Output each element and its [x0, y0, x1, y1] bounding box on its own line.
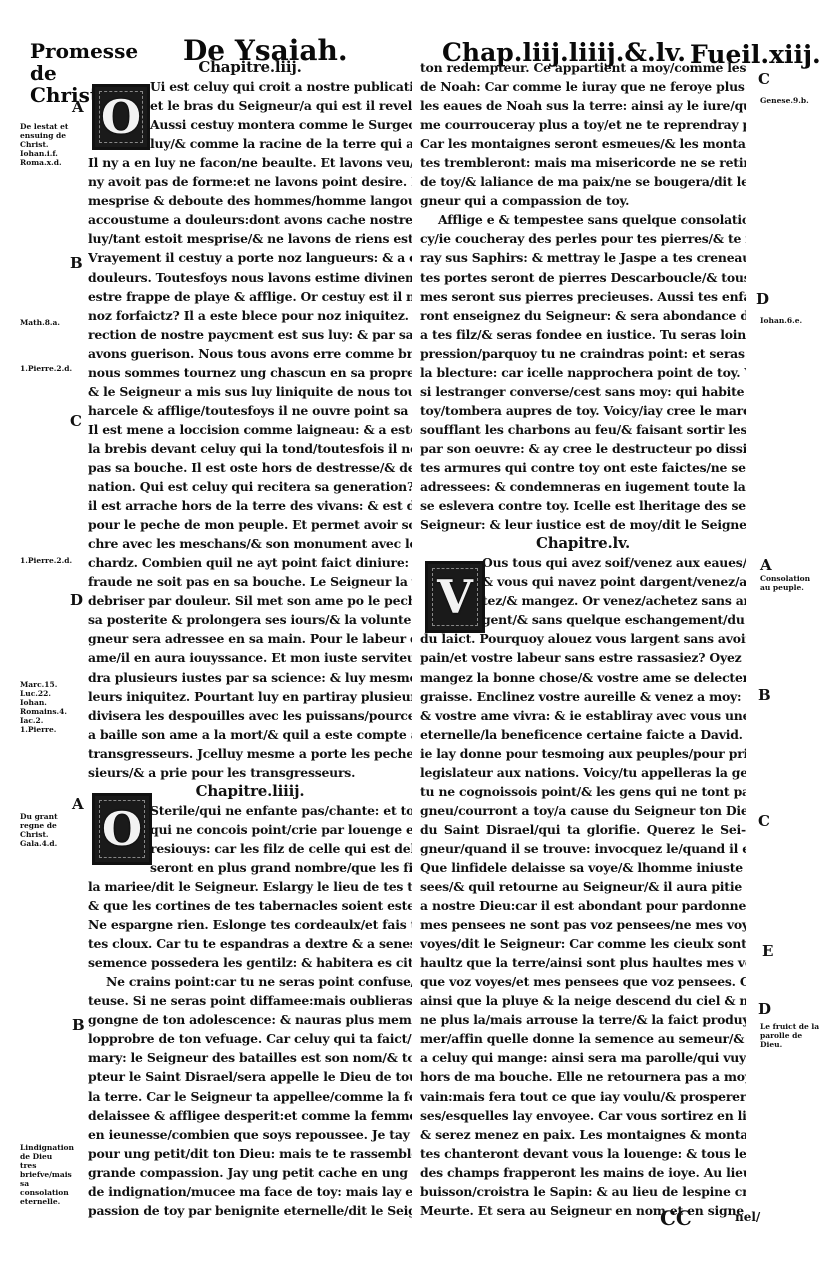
- text-line: Meurte. Et sera au Seigneur en nom et en…: [420, 1201, 746, 1220]
- text-line: la blecture: car icelle napprochera poin…: [420, 363, 746, 382]
- text-line: eternelle/la beneficence certaine faicte…: [420, 725, 746, 744]
- text-line: pteur le Saint Disrael/sera appelle le D…: [88, 1067, 412, 1086]
- margin-reference-note: Iohan.6.e.: [760, 316, 822, 325]
- text-line: ame/il en aura iouyssance. Et mon iuste …: [88, 648, 412, 667]
- text-line: Ne espargne rien. Eslonge tes cordeaulx/…: [88, 915, 412, 934]
- text-line: Vrayement il cestuy a porte noz langueur…: [88, 248, 412, 267]
- section-marker-letter: E: [762, 942, 773, 960]
- text-line: rection de nostre paycment est sus luy: …: [88, 325, 412, 344]
- text-line: noz forfaictz? Il a este blece pour noz …: [88, 306, 412, 325]
- section-marker-letter: C: [758, 812, 770, 830]
- section-marker-letter: B: [70, 254, 83, 272]
- section-marker-letter: B: [758, 686, 771, 704]
- text-line: gneur/quand il se trouve: invocquez le/q…: [420, 839, 746, 858]
- text-line: Ne crains point:car tu ne seras point co…: [88, 972, 412, 991]
- text-line: Aussi cestuy montera comme le Surgeon de…: [88, 115, 412, 134]
- text-line: harcele & afflige/toutesfoys il ne ouvre…: [88, 401, 412, 420]
- text-line: que voz voyes/et mes pensees que voz pen…: [420, 972, 746, 991]
- text-line: fraude ne soit pas en sa bouche. Le Seig…: [88, 572, 412, 591]
- text-line: la mariee/dit le Seigneur. Eslargy le li…: [88, 877, 412, 896]
- section-marker-letter: C: [758, 70, 770, 88]
- text-line: Ui est celuy qui croit a nostre publicat…: [88, 77, 412, 96]
- text-line: mangez la bonne chose/& vostre ame se de…: [420, 668, 746, 687]
- text-line: mer/affin quelle donne la semence au sem…: [420, 1029, 746, 1048]
- text-line: cy/ie coucheray des perles pour tes pier…: [420, 229, 746, 248]
- chapter-heading: Chapitre.liij.: [88, 58, 412, 77]
- text-line: me courrouceray plus a toy/et ne te repr…: [420, 115, 746, 134]
- margin-reference-note: Genese.9.b.: [760, 96, 822, 105]
- text-line: seront en plus grand nombre/que les filz…: [88, 858, 412, 877]
- text-line: des champs frapperont les mains de ioye.…: [420, 1163, 746, 1182]
- text-line: tu ne cognoissois point/& les gens qui n…: [420, 782, 746, 801]
- section-marker-letter: A: [72, 795, 84, 813]
- text-line: graisse. Enclinez vostre aureille & vene…: [420, 687, 746, 706]
- text-line: par son oeuvre: & ay cree le destructeur…: [420, 439, 746, 458]
- text-line: adressees: & condemneras en iugement tou…: [420, 477, 746, 496]
- text-line: nation. Qui est celuy qui recitera sa ge…: [88, 477, 412, 496]
- section-marker-letter: D: [758, 1000, 771, 1018]
- text-line: leurs iniquitez. Pourtant luy en partira…: [88, 687, 412, 706]
- left-text-column: Chapitre.liij.Ui est celuy qui croit a n…: [88, 58, 412, 1220]
- text-line: douleurs. Toutesfoys nous lavons estime …: [88, 268, 412, 287]
- text-line: gent/& sans quelque eschangement/du vin …: [420, 610, 746, 629]
- text-line: resiouys: car les filz de celle qui est …: [88, 839, 412, 858]
- section-marker-letter: D: [756, 290, 769, 308]
- text-line: ny avoit pas de forme:et ne lavons point…: [88, 172, 412, 191]
- text-line: hors de ma bouche. Elle ne retournera pa…: [420, 1067, 746, 1086]
- text-line: ie lay donne pour tesmoing aux peuples/p…: [420, 744, 746, 763]
- text-line: Car les montaignes seront esmeues/& les …: [420, 134, 746, 153]
- margin-reference-note: 1.Pierre.2.d.: [20, 556, 70, 565]
- text-line: tes cloux. Car tu te espandras a dextre …: [88, 934, 412, 953]
- text-line: voyes/dit le Seigneur: Car comme les cie…: [420, 934, 746, 953]
- text-line: tez/& mangez. Or venez/achetez sans ar-: [420, 591, 746, 610]
- text-line: buisson/croistra le Sapin: & au lieu de …: [420, 1182, 746, 1201]
- signature-mark: CC: [660, 1206, 692, 1230]
- margin-reference-note: Le fruict de la parolle de Dieu.: [760, 1022, 822, 1049]
- text-line: Afflige e & tempestee sans quelque conso…: [420, 210, 746, 229]
- text-line: pour le peche de mon peuple. Et permet a…: [88, 515, 412, 534]
- book-page: Promesse de Christ. De Ysaiah. Chap.liij…: [0, 0, 824, 1274]
- text-line: Sterile/qui ne enfante pas/chante: et to…: [88, 801, 412, 820]
- text-line: transgresseurs. Jcelluy mesme a porte le…: [88, 744, 412, 763]
- text-line: pas sa bouche. Il est oste hors de destr…: [88, 458, 412, 477]
- text-line: les eaues de Noah sus la terre: ainsi ay…: [420, 96, 746, 115]
- text-line: du laict. Pourquoy alouez vous largent s…: [420, 629, 746, 648]
- catchword: nel/: [735, 1210, 760, 1224]
- text-line: la terre. Car le Seigneur ta appellee/co…: [88, 1087, 412, 1106]
- text-line: divisera les despouilles avec les puissa…: [88, 706, 412, 725]
- text-line: gneu/courront a toy/a cause du Seigneur …: [420, 801, 746, 820]
- text-line: vain:mais fera tout ce que iay voulu/& p…: [420, 1087, 746, 1106]
- margin-reference-note: Math.8.a.: [20, 318, 70, 327]
- section-marker-letter: B: [72, 1016, 85, 1034]
- text-line: en ieunesse/combien que soys repoussee. …: [88, 1125, 412, 1144]
- text-line: Il ny a en luy ne facon/ne beaulte. Et l…: [88, 153, 412, 172]
- text-line: a baille son ame a la mort/& quil a este…: [88, 725, 412, 744]
- text-line: luy/& comme la racine de la terre qui a …: [88, 134, 412, 153]
- text-line: & serez menez en paix. Les montaignes & …: [420, 1125, 746, 1144]
- right-text-column: ton redempteur. Ce appartient a moy/comm…: [420, 58, 746, 1220]
- text-line: ront enseignez du Seigneur: & sera abond…: [420, 306, 746, 325]
- text-line: se eslevera contre toy. Icelle est lheri…: [420, 496, 746, 515]
- text-line: toy/tombera aupres de toy. Voicy/iay cre…: [420, 401, 746, 420]
- text-line: & que les cortines de tes tabernacles so…: [88, 896, 412, 915]
- text-line: soufflant les charbons au feu/& faisant …: [420, 420, 746, 439]
- text-line: chardz. Combien quil ne ayt point faict …: [88, 553, 412, 572]
- section-marker-letter: A: [72, 98, 84, 116]
- text-line: ne plus la/mais arrouse la terre/& la fa…: [420, 1010, 746, 1029]
- text-line: de toy/& laliance de ma paix/ne se bouge…: [420, 172, 746, 191]
- text-line: qui ne concois point/crie par louenge et…: [88, 820, 412, 839]
- text-line: mes pensees ne sont pas voz pensees/ne m…: [420, 915, 746, 934]
- text-line: la brebis devant celuy qui la tond/toute…: [88, 439, 412, 458]
- text-line: debriser par douleur. Sil met son ame po…: [88, 591, 412, 610]
- text-line: de Noah: Car comme le iuray que ne feroy…: [420, 77, 746, 96]
- text-line: luy/tant estoit mesprise/& ne lavons de …: [88, 229, 412, 248]
- text-line: ainsi que la pluye & la neige descend du…: [420, 991, 746, 1010]
- text-line: lopprobre de ton vefuage. Car celuy qui …: [88, 1029, 412, 1048]
- margin-reference-note: De lestat et ensuing de Christ. Iohan.i.…: [20, 122, 70, 167]
- text-line: ton redempteur. Ce appartient a moy/comm…: [420, 58, 746, 77]
- text-line: sees/& quil retourne au Seigneur/& il au…: [420, 877, 746, 896]
- text-line: dra plusieurs iustes par sa science: & l…: [88, 668, 412, 687]
- text-line: & vostre ame vivra: & ie establiray avec…: [420, 706, 746, 725]
- section-marker-letter: D: [70, 591, 83, 609]
- text-line: Seigneur: & leur iustice est de moy/dit …: [420, 515, 746, 534]
- text-line: a nostre Dieu:car il est abondant pour p…: [420, 896, 746, 915]
- text-line: sieurs/& a prie pour les transgresseurs.: [88, 763, 412, 782]
- text-line: gneur qui a compassion de toy.: [420, 191, 746, 210]
- text-line: et le bras du Seigneur/a qui est il reve…: [88, 96, 412, 115]
- text-line: pour ung petit/dit ton Dieu: mais te te …: [88, 1144, 412, 1163]
- chapter-heading: Chapitre.lv.: [420, 534, 746, 553]
- text-line: mary: le Seigneur des batailles est son …: [88, 1048, 412, 1067]
- text-line: haultz que la terre/ainsi sont plus haul…: [420, 953, 746, 972]
- text-line: chre avec les meschans/& son monument av…: [88, 534, 412, 553]
- chapter-heading: Chapitre.liiij.: [88, 782, 412, 801]
- text-line: ray sus Saphirs: & mettray le Jaspe a te…: [420, 248, 746, 267]
- text-line: tes portes seront de pierres Descarboucl…: [420, 268, 746, 287]
- text-line: tes chanteront devant vous la louenge: &…: [420, 1144, 746, 1163]
- text-line: tes armures qui contre toy ont este faic…: [420, 458, 746, 477]
- text-line: legislateur aux nations. Voicy/tu appell…: [420, 763, 746, 782]
- text-line: & le Seigneur a mis sus luy liniquite de…: [88, 382, 412, 401]
- margin-reference-note: Marc.15. Luc.22. Iohan. Romains.4. Iac.2…: [20, 680, 70, 734]
- text-line: du Saint Disrael/qui ta glorifie. Querez…: [420, 820, 746, 839]
- margin-reference-note: Du grant regne de Christ. Gala.4.d.: [20, 812, 70, 848]
- text-line: il est arrache hors de la terre des viva…: [88, 496, 412, 515]
- text-line: a celuy qui mange: ainsi sera ma parolle…: [420, 1048, 746, 1067]
- text-line: ses/esquelles lay envoyee. Car vous sort…: [420, 1106, 746, 1125]
- text-line: tes trembleront: mais ma misericorde ne …: [420, 153, 746, 172]
- text-line: gongne de ton adolescence: & nauras plus…: [88, 1010, 412, 1029]
- text-line: sa posterite & prolongera ses iours/& la…: [88, 610, 412, 629]
- text-line: delaissee & affligee desperit:et comme l…: [88, 1106, 412, 1125]
- text-line: semence possedera les gentilz: & habiter…: [88, 953, 412, 972]
- margin-reference-note: Consolation au peuple.: [760, 574, 822, 592]
- text-line: Il est mene a loccision comme laigneau: …: [88, 420, 412, 439]
- text-line: passion de toy par benignite eternelle/d…: [88, 1201, 412, 1220]
- text-line: & vous qui navez point dargent/venez/ach…: [420, 572, 746, 591]
- section-marker-letter: C: [70, 412, 82, 430]
- text-line: mes seront sus pierres precieuses. Aussi…: [420, 287, 746, 306]
- text-line: nous sommes tournez ung chascun en sa pr…: [88, 363, 412, 382]
- text-line: a tes filz/& seras fondee en iustice. Tu…: [420, 325, 746, 344]
- text-line: grande compassion. Jay ung petit cache e…: [88, 1163, 412, 1182]
- text-line: pain/et vostre labeur sans estre rassasi…: [420, 648, 746, 667]
- text-line: mesprise & deboute des hommes/homme lang…: [88, 191, 412, 210]
- text-line: Que linfidele delaisse sa voye/& lhomme …: [420, 858, 746, 877]
- section-marker-letter: A: [760, 556, 772, 574]
- text-line: pression/parquoy tu ne craindras point: …: [420, 344, 746, 363]
- margin-reference-note: Lindignation de Dieu tres briefve/mais s…: [20, 1143, 70, 1206]
- text-line: gneur sera adressee en sa main. Pour le …: [88, 629, 412, 648]
- margin-reference-note: 1.Pierre.2.d.: [20, 364, 70, 373]
- text-line: estre frappe de playe & afflige. Or cest…: [88, 287, 412, 306]
- text-line: de indignation/mucee ma face de toy: mai…: [88, 1182, 412, 1201]
- text-line: accoustume a douleurs:dont avons cache n…: [88, 210, 412, 229]
- text-line: Ous tous qui avez soif/venez aux eaues/: [420, 553, 746, 572]
- text-line: teuse. Si ne seras point diffamee:mais o…: [88, 991, 412, 1010]
- text-line: avons guerison. Nous tous avons erre com…: [88, 344, 412, 363]
- text-line: si lestranger converse/cest sans moy: qu…: [420, 382, 746, 401]
